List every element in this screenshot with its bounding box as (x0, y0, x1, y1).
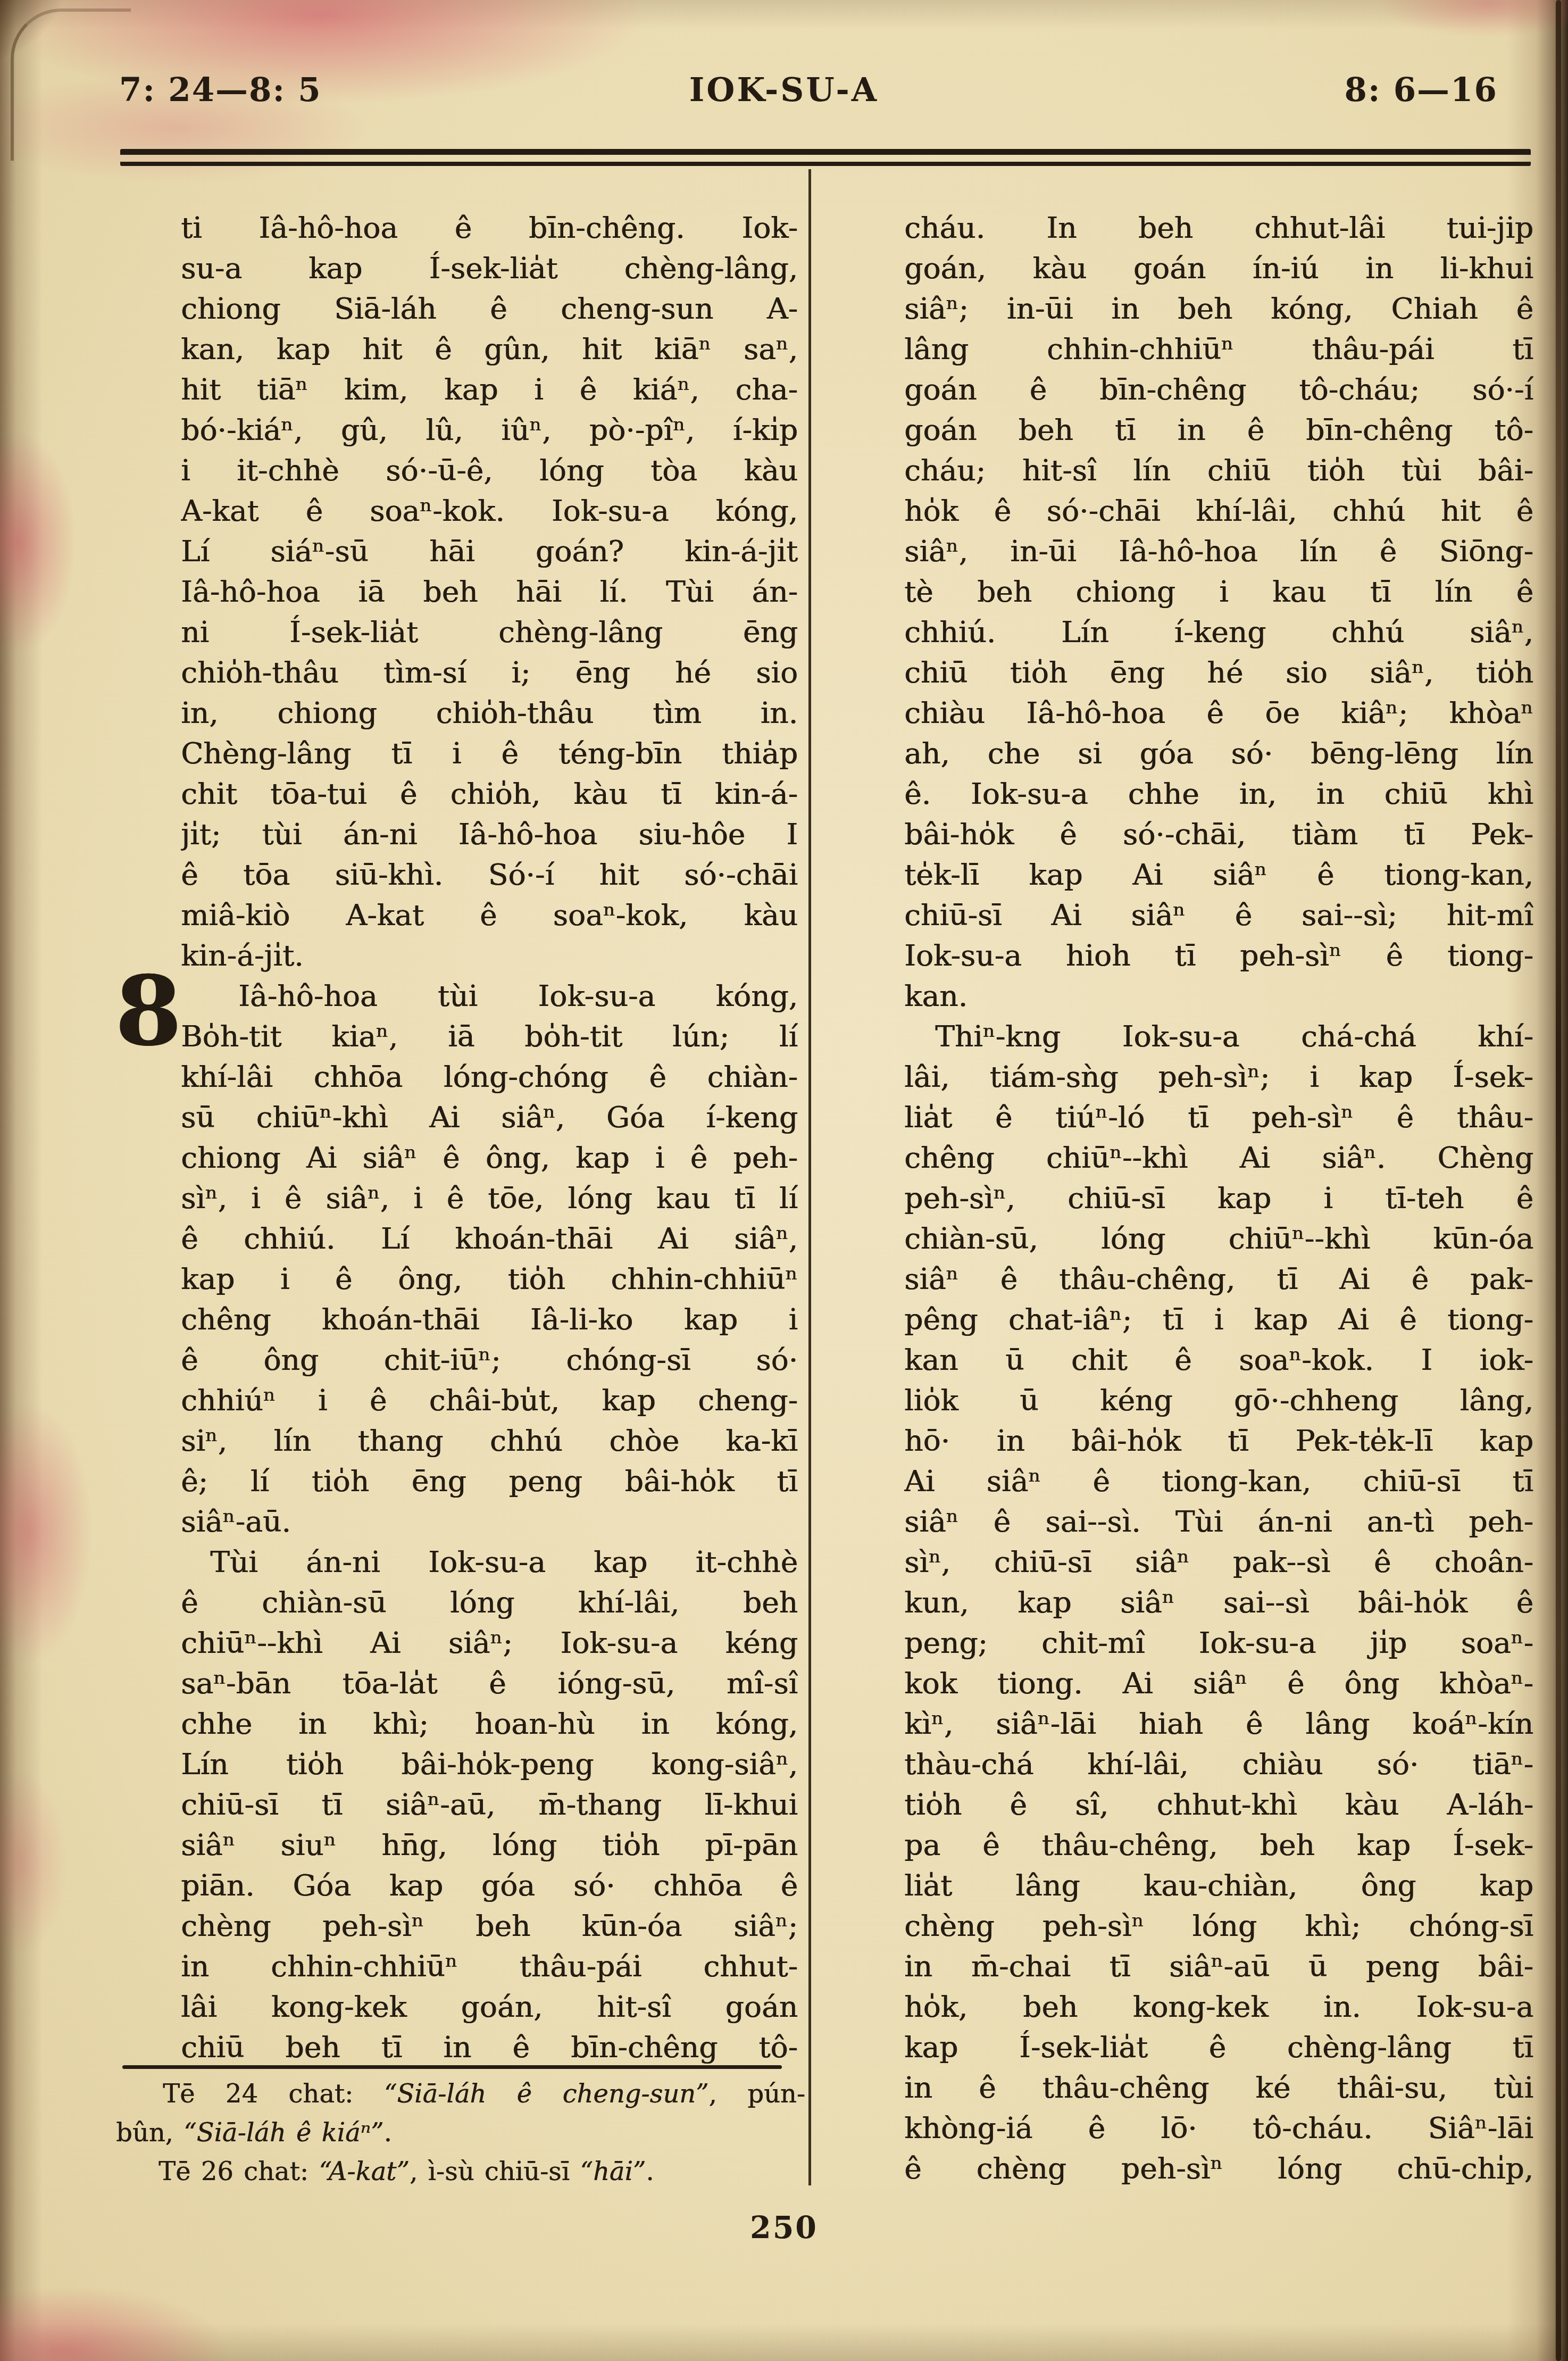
text-line: ê chhiú. Lí khoán-thāi Ai siâⁿ,2 (181, 1218, 798, 1259)
text-line: Iok-su-a hioh tī peh-sìⁿ ê tiong- (904, 935, 1533, 976)
footnotes-block: Tē 24 chat: “Siā-láh ê cheng-sun”, pún-b… (116, 2075, 805, 2191)
text-line: thàu-chá khí-lâi, chiàu só· tiāⁿ- (904, 1744, 1533, 1784)
footnote-text: bûn, (116, 2118, 184, 2148)
text-line: tè beh chiong i kau tī lín ê (904, 571, 1533, 612)
text-line: lia̍t ê tiúⁿ-ló tī peh-sìⁿ ê thâu- (904, 1097, 1533, 1137)
text-line: ho̍k, beh kong-kek in. Iok-su-a15 (904, 1986, 1533, 2027)
text-line: Lín tio̍h bâi-ho̍k-peng kong-siâⁿ, (181, 1744, 798, 1784)
text-line: siâⁿ ê sai--sì. Tùi án-ni an-tì peh-18 (904, 1501, 1533, 1542)
text-line: peng; chit-mî Iok-su-a ji̍p soaⁿ- (904, 1623, 1533, 1663)
text-line: ti Iâ-hô-hoa ê bīn-chêng. Iok-24 (181, 207, 798, 248)
text-line: hit tiāⁿ kim, kap i ê kiáⁿ, cha- (181, 369, 798, 410)
text-line: kap Í-sek-lia̍t ê chèng-lâng tī (904, 2027, 1533, 2067)
text-line: ê; lí tio̍h ēng peng bâi-ho̍k tī (181, 1461, 798, 1501)
text-line: chiū-sī tī siâⁿ-aū, m̄-thang lī-khui (181, 1784, 798, 1825)
footnote-quoted-phrase: “Siā-láh ê kiáⁿ” (184, 2118, 383, 2148)
text-line: A-kat ê soaⁿ-kok. Iok-su-a kóng,25 (181, 491, 798, 531)
text-line: chiū-sī Ai siâⁿ ê sai--sì; hit-mî (904, 895, 1533, 935)
text-line: tio̍h ê sî, chhut-khì kàu A-láh- (904, 1784, 1533, 1825)
text-line: chio̍h-thâu tìm-sí i; ēng hé sio (181, 652, 798, 693)
text-line: chiū tio̍h ēng hé sio siâⁿ, tio̍h (904, 652, 1533, 693)
text-line: Lí siáⁿ-sū hāi goán? kin-á-ji̍t (181, 531, 798, 571)
text-line: chiàu Iâ-hô-hoa ê ōe kiâⁿ; khòaⁿ (904, 693, 1533, 733)
text-line: siâⁿ siuⁿ hn̄g, lóng tio̍h pī-pān (181, 1825, 798, 1865)
text-line: chiong Siā-láh ê cheng-sun A- (181, 288, 798, 329)
page-number: 250 (0, 2210, 1568, 2246)
text-line: te̍k-lī kap Ai siâⁿ ê tiong-kan, (904, 854, 1533, 895)
right-column-text: cháu. In beh chhut-lâi tui-jip6goán, kàu… (904, 207, 1533, 2189)
text-line: goán beh tī in ê bīn-chêng tô- (904, 410, 1533, 450)
text-line: chêng chiūⁿ--khì Ai siâⁿ. Chèng11 (904, 1137, 1533, 1178)
text-line: in m̄-chai tī siâⁿ-aū ū peng bâi- (904, 1946, 1533, 1986)
footnote-quoted-phrase: “A-kat” (319, 2157, 410, 2187)
footnote-quoted-phrase: “Siā-láh ê cheng-sun” (384, 2079, 709, 2109)
chapter-number-dropcap: 8 (115, 964, 178, 1065)
text-line: chiūⁿ--khì Ai siâⁿ; Iok-su-a kéng (181, 1623, 798, 1663)
scanned-book-page: 7: 24—8: 5 IOK-SU-A 8: 6—16 ti Iâ-hô-hoa… (0, 0, 1568, 2361)
text-line: saⁿ-bān tōa-la̍t ê ióng-sū, mî-sî (181, 1663, 798, 1703)
left-column-text: ti Iâ-hô-hoa ê bīn-chêng. Iok-24su-a kap… (181, 207, 798, 2067)
book-spine-edge-shadow (1556, 0, 1561, 2361)
text-line: kun, kap siâⁿ sai--sì bâi-ho̍k ê (904, 1582, 1533, 1623)
text-line: khí-lâi chhōa lóng-chóng ê chiàn- (181, 1057, 798, 1097)
text-line: su-a kap Í-sek-lia̍t chèng-lâng, (181, 248, 798, 288)
column-divider-rule (808, 169, 811, 2185)
footnote-text: , ì-sù chiū-sī (410, 2157, 580, 2187)
text-line: goán, kàu goán ín-iú in li-khui (904, 248, 1533, 288)
text-line: kan ū chit ê soaⁿ-kok. I iok-12 (904, 1340, 1533, 1380)
text-line: bûn, “Siā-láh ê kiáⁿ”. (116, 2114, 805, 2152)
text-line: ê chèng peh-sìⁿ lóng chū-chi̍p, (904, 2148, 1533, 2189)
text-line: Tē 24 chat: “Siā-láh ê cheng-sun”, pún- (116, 2075, 805, 2114)
text-line: piān. Góa kap góa só· chhōa ê5 (181, 1865, 798, 1906)
text-line: Bo̍h-tit kiaⁿ, iā bo̍h-tit lún; lí (181, 1016, 798, 1057)
text-line: goán ê bīn-chêng tô-cháu; só·-í (904, 369, 1533, 410)
text-line: chhe in khì; hoan-hù in kóng,4 (181, 1703, 798, 1744)
text-line: chèng peh-sìⁿ beh kūn-óa siâⁿ; (181, 1906, 798, 1946)
text-line: Tē 26 chat: “A-kat”, ì-sù chiū-sī “hāi”. (116, 2152, 805, 2191)
text-line: in ê thâu-chêng ké thâi-su, tùi (904, 2067, 1533, 2108)
text-line: kìⁿ, siâⁿ-lāi hiah ê lâng koáⁿ-kín (904, 1703, 1533, 1744)
text-line: siⁿ, lín thang chhú chòe ka-kī (181, 1420, 798, 1461)
text-line: ê. Iok-su-a chhe in, in chiū khì9 (904, 774, 1533, 814)
text-line: Ai siâⁿ ê tiong-kan, chiū-sī tī (904, 1461, 1533, 1501)
text-line: miâ-kiò A-kat ê soaⁿ-kok, kàu (181, 895, 798, 935)
header-verse-range-right: 8: 6—16 (1344, 71, 1498, 109)
text-line: lia̍t lâng kau-chiàn, ông kap (904, 1865, 1533, 1906)
text-line: ji̍t; tùi án-ni Iâ-hô-hoa siu-hôe I (181, 814, 798, 854)
text-line: ê ông chit-iūⁿ; chóng-sī só· (181, 1340, 798, 1380)
text-line: ni Í-sek-lia̍t chèng-lâng ēng (181, 612, 798, 652)
text-line: chiū beh tī in ê bīn-chêng tô- (181, 2027, 798, 2067)
text-line: kan. (904, 976, 1533, 1016)
text-line: kin-á-ji̍t. (181, 935, 798, 976)
text-line: khòng-iá ê lō· tô-cháu. Siâⁿ-lāi16 (904, 2108, 1533, 2148)
text-line: chhiú. Lín í-keng chhú siâⁿ,8 (904, 612, 1533, 652)
text-line: chiàn-sū, lóng chiūⁿ--khì kūn-óa (904, 1218, 1533, 1259)
text-line: chiong Ai siâⁿ ê ông, kap i ê peh- (181, 1137, 798, 1178)
text-line: cháu; hit-sî lín chiū tio̍h tùi bâi-7 (904, 450, 1533, 491)
text-line: Tùi án-ni Iok-su-a kap it-chhè8 (181, 1542, 798, 1582)
footnote-text: . (646, 2157, 654, 2187)
text-line: chèng peh-sìⁿ lóng khì; chóng-sī (904, 1906, 1533, 1946)
text-line: lâi kong-kek goán, hit-sî goán (181, 1986, 798, 2027)
text-line: kap i ê ông, tio̍h chhin-chhiūⁿ (181, 1259, 798, 1299)
text-line: in chhin-chhiūⁿ thâu-pái chhut- (181, 1946, 798, 1986)
footnote-text: Tē 24 chat: (163, 2079, 384, 2109)
text-line: in, chiong chio̍h-thâu tìm in. (181, 693, 798, 733)
header-double-rule (120, 149, 1531, 166)
text-line: lâng chhin-chhiūⁿ thâu-pái tī (904, 329, 1533, 369)
text-line: pa ê thâu-chêng, beh kap Í-sek- (904, 1825, 1533, 1865)
text-line: siâⁿ ê thâu-chêng, tī Ai ê pak- (904, 1259, 1533, 1299)
footnote-quoted-phrase: “hāi” (580, 2157, 646, 2187)
text-line: chêng khoán-thāi Iâ-li-ko kap i (181, 1299, 798, 1340)
footnote-text: , pún- (709, 2079, 805, 2109)
footnote-text: . (384, 2118, 392, 2148)
footnote-separator-rule (122, 2065, 782, 2069)
text-line: siâⁿ-aū. (181, 1501, 798, 1542)
text-line: kan, kap hit ê gûn, hit kiāⁿ saⁿ, (181, 329, 798, 369)
text-line: siâⁿ, in-ūi Iâ-hô-hoa lín ê Siōng- (904, 531, 1533, 571)
text-line: Iâ-hô-hoa iā beh hāi lí. Tùi án- (181, 571, 798, 612)
text-line: i it-chhè só·-ū-ê, lóng tòa kàu (181, 450, 798, 491)
text-line: ê chiàn-sū lóng khí-lâi, beh (181, 1582, 798, 1623)
text-line: sìⁿ, chiū-sī siâⁿ pak--sì ê choân- (904, 1542, 1533, 1582)
text-line: lio̍k ū kéng gō·-chheng lâng, (904, 1380, 1533, 1420)
text-line: bâi-ho̍k ê só·-chāi, tiàm tī Pek- (904, 814, 1533, 854)
footnote-text: Tē 26 chat: (159, 2157, 319, 2187)
text-line: Thiⁿ-kng Iok-su-a chá-chá khí-10 (904, 1016, 1533, 1057)
text-line: cháu. In beh chhut-lâi tui-jip6 (904, 207, 1533, 248)
text-line: sū chiūⁿ-khì Ai siâⁿ, Góa í-keng (181, 1097, 798, 1137)
text-line: bó·-kiáⁿ, gû, lû, iûⁿ, pò·-pîⁿ, í-ki̍p (181, 410, 798, 450)
text-line: Chèng-lâng tī i ê téng-bīn thia̍p26 (181, 733, 798, 774)
header-book-title: IOK-SU-A (0, 71, 1568, 109)
text-line: peh-sìⁿ, chiū-sī kap i tī-teh ê (904, 1178, 1533, 1218)
text-line: chhiúⁿ i ê châi-bu̍t, kap cheng- (181, 1380, 798, 1420)
text-line: ah, che si góa só· bēng-lēng lín (904, 733, 1533, 774)
text-line: lâi, tiám-sǹg peh-sìⁿ; i kap Í-sek- (904, 1057, 1533, 1097)
text-line: pêng chat-iâⁿ; tī i kap Ai ê tiong- (904, 1299, 1533, 1340)
text-line: sìⁿ, i ê siâⁿ, i ê tōe, lóng kau tī lí (181, 1178, 798, 1218)
text-line: ê tōa siū-khì. Só·-í hit só·-chāi (181, 854, 798, 895)
text-line: siâⁿ; in-ūi in beh kóng, Chiah ê (904, 288, 1533, 329)
text-line: hō· in bâi-ho̍k tī Pek-te̍k-lī kap (904, 1420, 1533, 1461)
text-line: Iâ-hô-hoa tùi Iok-su-a kóng, (181, 976, 798, 1016)
text-line: ho̍k ê só·-chāi khí-lâi, chhú hit ê (904, 491, 1533, 531)
text-line: kok tiong. Ai siâⁿ ê ông khòaⁿ-14 (904, 1663, 1533, 1703)
text-line: chit tōa-tui ê chio̍h, kàu tī kin-á- (181, 774, 798, 814)
